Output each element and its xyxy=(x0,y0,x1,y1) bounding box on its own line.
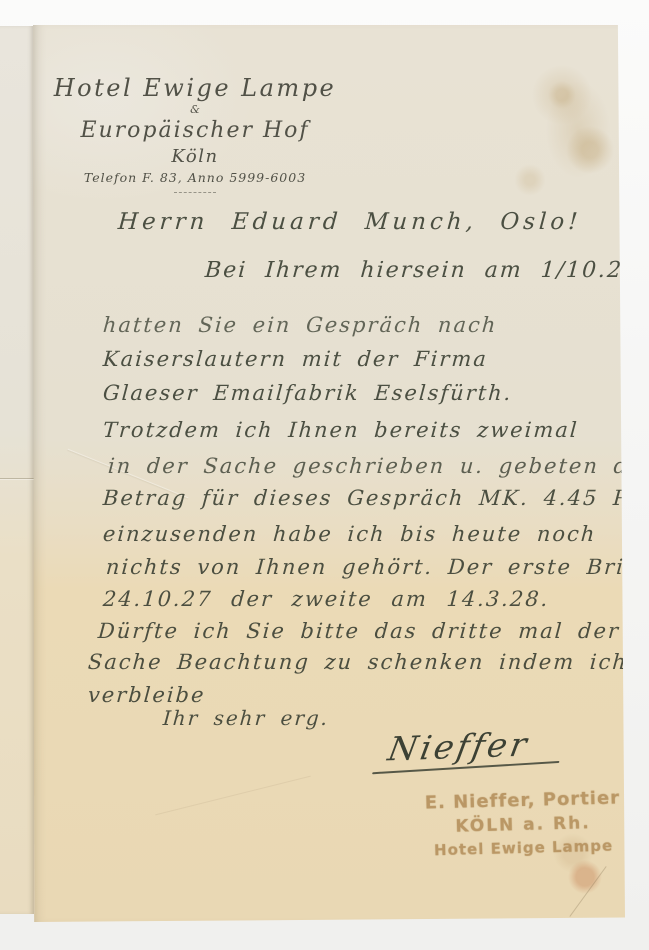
letter-line: einzusenden habe ich bis heute noch xyxy=(102,522,597,546)
letterhead-ampersand: & xyxy=(40,104,350,116)
letter-line: Dürfte ich Sie bitte das dritte mal der xyxy=(97,619,621,643)
letter-line: Trotzdem ich Ihnen bereits zweimal xyxy=(102,418,579,442)
letterhead-divider xyxy=(174,192,216,193)
letter-line: Kaiserslautern mit der Firma xyxy=(102,347,489,371)
folded-page-strip xyxy=(0,26,34,914)
letter-line: Sache Beachtung zu schenken indem ich xyxy=(87,650,629,674)
paper-crease xyxy=(155,776,310,816)
letter-sheet: Hotel Ewige Lampe & Europäischer Hof Köl… xyxy=(33,25,625,922)
letter-line-closing: Ihr sehr erg. xyxy=(162,706,330,730)
portier-rubber-stamp: E. Nieffer, Portier KÖLN a. Rh. Hotel Ew… xyxy=(422,785,624,861)
letter-line: 24.10.27 der zweite am 14.3.28. xyxy=(102,587,550,611)
letter-line: hatten Sie ein Gespräch nach xyxy=(102,313,498,337)
stamp-name-line: E. Nieffer, Portier xyxy=(422,785,623,815)
letter-line: verbleibe xyxy=(87,683,206,707)
letter-line-salutation: Herrn Eduard Munch, Oslo! xyxy=(117,209,582,235)
signature: Nieffer xyxy=(385,725,533,769)
letterhead-telephone: Telefon F. 83, Anno 5999-6003 xyxy=(40,170,350,186)
letter-line: Bei Ihrem hiersein am 1/10.27 xyxy=(204,258,640,283)
signature-text: Nieffer xyxy=(385,725,533,769)
stamp-hotel-line: Hotel Ewige Lampe xyxy=(423,834,624,861)
letterhead-second-name: Europäischer Hof xyxy=(40,117,350,145)
paper-crease xyxy=(569,866,606,917)
letter-line: Glaeser Emailfabrik Eselsfürth. xyxy=(102,381,513,405)
letter-line: in der Sache geschrieben u. gebeten den xyxy=(107,454,649,478)
letterhead-hotel-name: Hotel Ewige Lampe xyxy=(40,73,350,103)
letterhead: Hotel Ewige Lampe & Europäischer Hof Köl… xyxy=(40,73,350,193)
letter-line: nichts von Ihnen gehört. Der erste Brief xyxy=(105,555,649,579)
letter-line: Betrag für dieses Gespräch MK. 4.45 Pfg xyxy=(102,486,649,510)
horizontal-crease xyxy=(0,478,34,479)
letterhead-city: Köln xyxy=(40,146,350,168)
